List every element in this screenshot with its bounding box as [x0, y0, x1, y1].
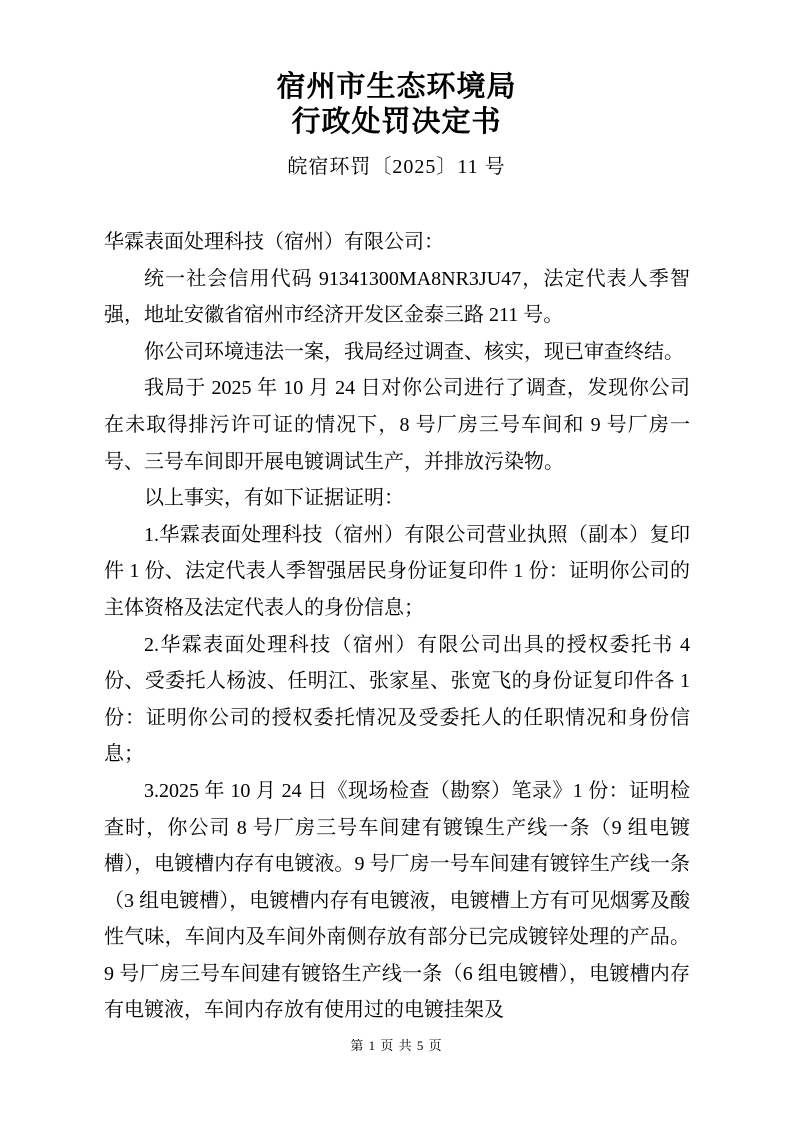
document-page: 宿州市生态环境局 行政处罚决定书 皖宿环罚〔2025〕11 号 华霖表面处理科技…: [0, 0, 793, 1122]
document-body: 华霖表面处理科技（宿州）有限公司： 统一社会信用代码 91341300MA8NR…: [104, 224, 690, 1029]
document-title-line1: 宿州市生态环境局: [276, 71, 516, 103]
paragraph-evidence-2: 2.华霖表面处理科技（宿州）有限公司出具的授权委托书 4 份、受委托人杨波、任明…: [104, 627, 690, 773]
paragraph-credit-code: 统一社会信用代码 91341300MA8NR3JU47，法定代表人季智强，地址安…: [104, 261, 690, 334]
paragraph-case-summary: 你公司环境违法一案，我局经过调查、核实，现已审查终结。: [104, 334, 690, 371]
paragraph-evidence-1: 1.华霖表面处理科技（宿州）有限公司营业执照（副本）复印件 1 份、法定代表人季…: [104, 517, 690, 627]
document-title: 宿州市生态环境局 行政处罚决定书: [0, 70, 793, 140]
paragraph-evidence-intro: 以上事实，有如下证据证明：: [104, 480, 690, 517]
recipient-line: 华霖表面处理科技（宿州）有限公司：: [104, 224, 690, 261]
paragraph-investigation: 我局于 2025 年 10 月 24 日对你公司进行了调查，发现你公司在未取得排…: [104, 370, 690, 480]
document-header: 宿州市生态环境局 行政处罚决定书 皖宿环罚〔2025〕11 号: [0, 0, 793, 180]
paragraph-evidence-3: 3.2025 年 10 月 24 日《现场检查（勘察）笔录》1 份：证明检查时，…: [104, 773, 690, 1029]
page-footer: 第 1 页 共 5 页: [0, 1035, 793, 1054]
document-title-line2: 行政处罚决定书: [291, 106, 501, 138]
document-number: 皖宿环罚〔2025〕11 号: [0, 154, 793, 180]
